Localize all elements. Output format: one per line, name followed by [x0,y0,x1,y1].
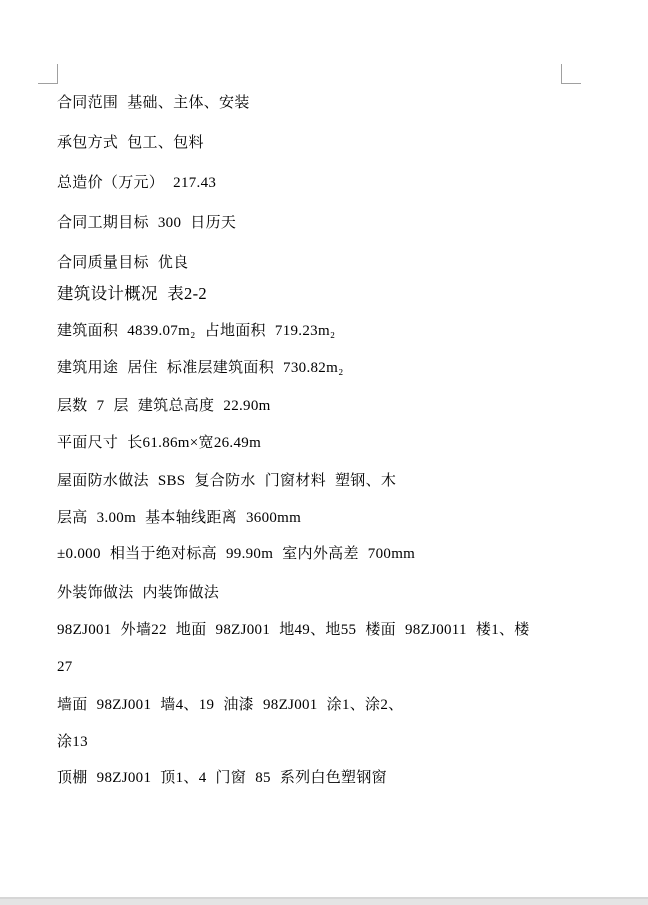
line-building-use: 建筑用途 居住 标准层建筑面积 730.82m₂ [57,360,344,377]
line-building-area: 建筑面积 4839.07m₂ 占地面积 719.23m₂ [57,323,335,340]
line-contracting-method: 承包方式 包工、包料 [57,135,204,152]
line-storey-height-axis: 层高 3.00m 基本轴线距离 3600mm [57,510,301,527]
line-quality-target: 合同质量目标 优良 [57,255,188,272]
line-elevation-datum: ±0.000 相当于绝对标高 99.90m 室内外高差 700mm [57,546,415,563]
margin-cropmark-top-left-icon [38,64,58,84]
line-duration-target: 合同工期目标 300 日历天 [57,215,236,232]
line-wall-surface-paint-codes: 墙面 98ZJ001 墙4、19 油漆 98ZJ001 涂1、涂2、 [57,697,403,714]
line-decoration-methods: 外装饰做法 内装饰做法 [57,585,219,602]
line-roof-waterproofing: 屋面防水做法 SBS 复合防水 门窗材料 塑钢、木 [57,473,396,490]
line-ceiling-window-codes: 顶棚 98ZJ001 顶1、4 门窗 85 系列白色塑钢窗 [57,770,387,787]
document-page: 合同范围 基础、主体、安装 承包方式 包工、包料 总造价（万元） 217.43 … [0,0,648,905]
page-bottom-edge [0,897,648,905]
line-contract-scope: 合同范围 基础、主体、安装 [57,95,250,112]
heading-building-design-overview: 建筑设计概况 表2-2 [57,284,207,303]
line-continuation-27: 27 [57,659,73,676]
margin-cropmark-top-right-icon [561,64,581,84]
line-continuation-tu13: 涂13 [57,734,88,751]
line-plan-dimensions: 平面尺寸 长61.86m×宽26.49m [57,435,261,452]
line-floor-count-height: 层数 7 层 建筑总高度 22.90m [57,398,271,415]
line-total-cost: 总造价（万元） 217.43 [57,175,216,192]
line-exterior-wall-floor-codes: 98ZJ001 外墙22 地面 98ZJ001 地49、地55 楼面 98ZJ0… [57,622,530,639]
